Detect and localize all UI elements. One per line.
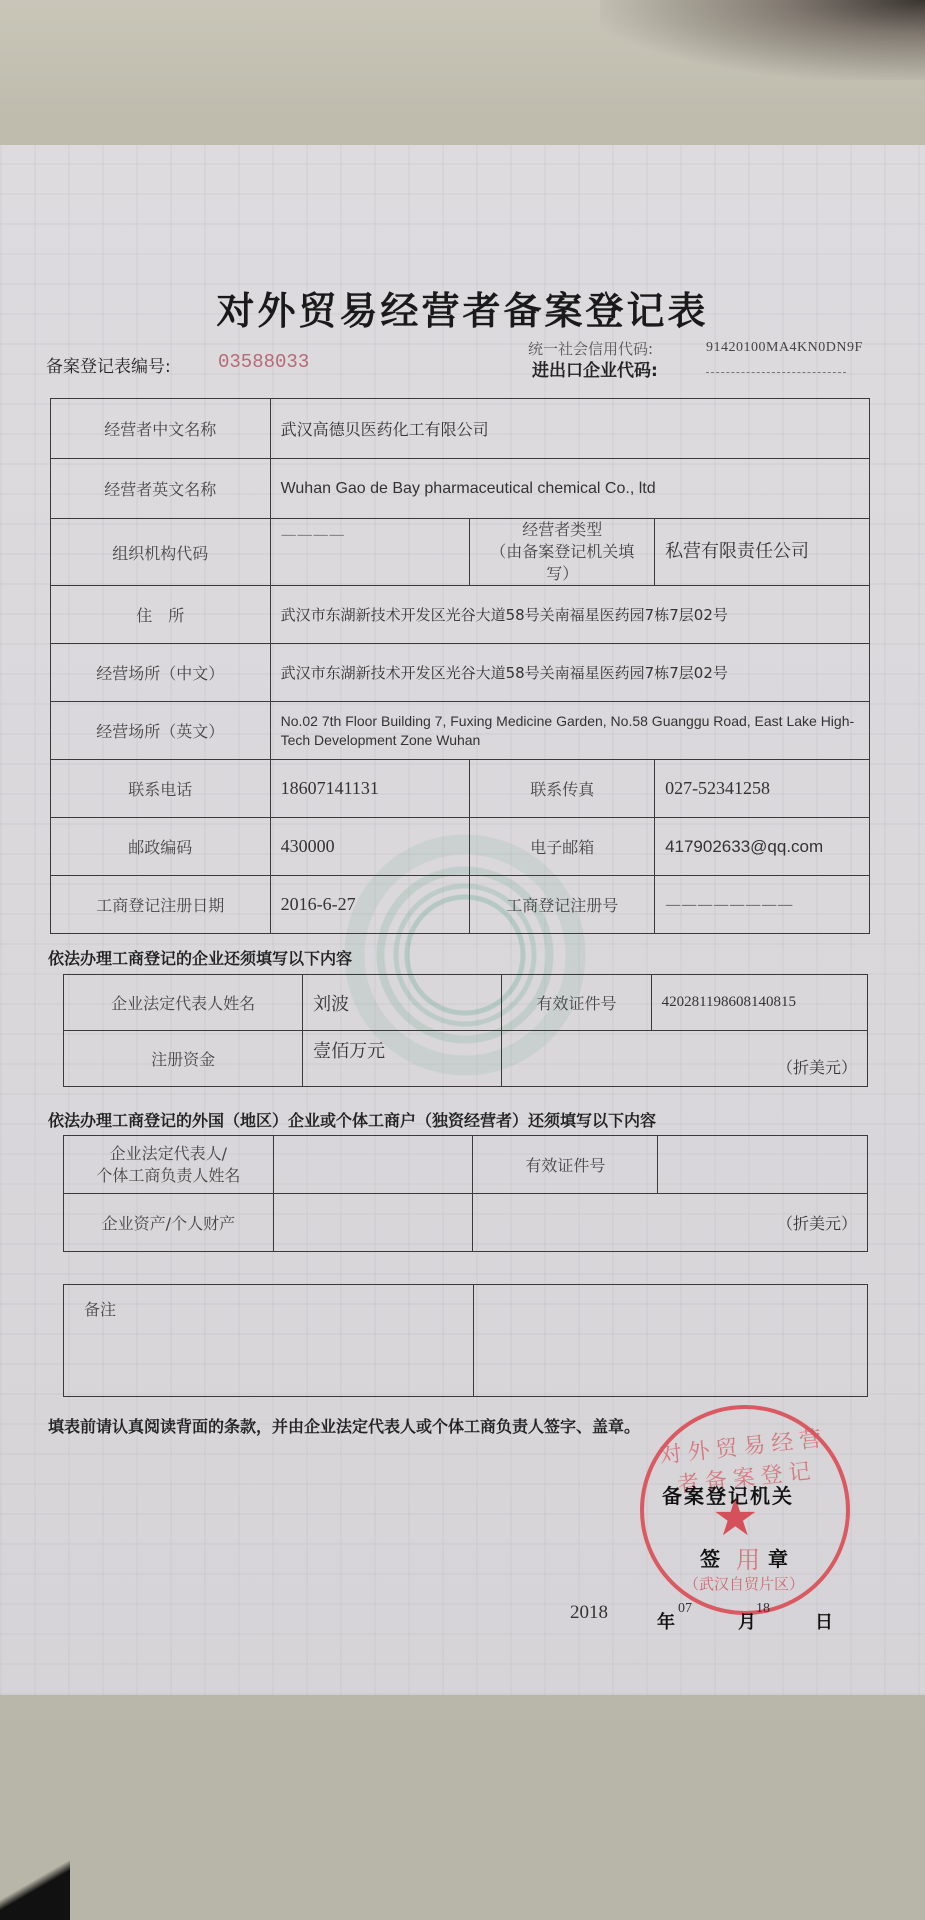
cell-label: 经营场所（英文） (51, 702, 271, 760)
table-row: 注册资金 壹佰万元 （折美元） (64, 1031, 868, 1087)
table-row: 联系电话 18607141131 联系传真 027-52341258 (51, 760, 870, 818)
business-reg-no-value: ———————— (655, 876, 870, 934)
date-year: 2018 (570, 1602, 608, 1624)
registered-capital-label: 注册资金 (64, 1031, 303, 1087)
registered-capital-value: 壹佰万元 (303, 1031, 502, 1087)
assets-value (273, 1194, 473, 1252)
operator-type-value: 私营有限责任公司 (655, 519, 870, 586)
main-info-table: 经营者中文名称 武汉高德贝医药化工有限公司 经营者英文名称 Wuhan Gao … (50, 398, 870, 934)
legal-rep-value: 刘波 (303, 975, 502, 1031)
cell-label: 工商登记注册日期 (51, 876, 271, 934)
legal-rep-label: 企业法定代表人姓名 (64, 975, 303, 1031)
sign-label-a: 签 (700, 1543, 720, 1572)
table-row: 企业法定代表人姓名 刘波 有效证件号 420281198608140815 (64, 975, 868, 1031)
foreign-rep-label-line2: 个体工商负责人姓名 (74, 1165, 263, 1187)
date-year-unit: 年 (657, 1608, 675, 1634)
foreign-usd-label: （折美元） (473, 1194, 868, 1252)
domestic-table: 企业法定代表人姓名 刘波 有效证件号 420281198608140815 注册… (63, 974, 868, 1087)
foreign-rep-value (273, 1136, 473, 1194)
table-row: 组织机构代码 ———— 经营者类型 （由备案登记机关填写） 私营有限责任公司 (51, 519, 870, 586)
cell-label: 经营者中文名称 (51, 399, 271, 459)
cell-label: 经营场所（中文） (51, 644, 271, 702)
cell-label: 住 所 (51, 586, 271, 644)
table-row: 经营者中文名称 武汉高德贝医药化工有限公司 (51, 399, 870, 459)
document-title: 对外贸易经营者备案登记表 (0, 280, 925, 335)
registration-authority-label: 备案登记机关 (662, 1480, 794, 1509)
foreign-section-heading: 依法办理工商登记的外国（地区）企业或个体工商户（独资经营者）还须填写以下内容 (48, 1108, 656, 1131)
fax-value: 027-52341258 (655, 760, 870, 818)
domicile-value: 武汉市东湖新技术开发区光谷大道58号关南福星医药园7栋7层02号 (270, 586, 869, 644)
table-row: 经营场所（中文） 武汉市东湖新技术开发区光谷大道58号关南福星医药园7栋7层02… (51, 644, 870, 702)
cell-label: 组织机构代码 (51, 519, 271, 586)
id-no-value: 420281198608140815 (651, 975, 867, 1031)
registration-no-label: 备案登记表编号: (46, 352, 171, 377)
table-row: 备注 (64, 1285, 868, 1397)
seal-used-text: 用 (736, 1540, 760, 1575)
table-row: 经营者英文名称 Wuhan Gao de Bay pharmaceutical … (51, 459, 870, 519)
remarks-table: 备注 (63, 1284, 868, 1397)
date-day: 18 (756, 1601, 770, 1617)
table-row: 经营场所（英文） No.02 7th Floor Building 7, Fux… (51, 702, 870, 760)
email-label: 电子邮箱 (470, 818, 655, 876)
credit-code-value: 91420100MA4KN0DN9F (706, 340, 863, 356)
background-shadow (600, 0, 925, 80)
date-day-unit: 日 (815, 1608, 833, 1634)
registration-no-value: 03588033 (218, 351, 309, 373)
fax-label: 联系传真 (470, 760, 655, 818)
foreign-id-value (658, 1136, 868, 1194)
foreign-id-label: 有效证件号 (473, 1136, 658, 1194)
date-month: 07 (678, 1601, 692, 1617)
company-name-cn: 武汉高德贝医药化工有限公司 (270, 399, 869, 459)
signing-notice: 填表前请认真阅读背面的条款，并由企业法定代表人或个体工商负责人签字、盖章。 (48, 1414, 640, 1437)
sign-label-b: 章 (768, 1543, 788, 1572)
import-export-code-label: 进出口企业代码: (532, 356, 658, 381)
table-row: 企业法定代表人/ 个体工商负责人姓名 有效证件号 (64, 1136, 868, 1194)
table-row: 邮政编码 430000 电子邮箱 417902633@qq.com (51, 818, 870, 876)
usd-equivalent-label: （折美元） (502, 1031, 868, 1087)
registration-date-value: 2016-6-27 (270, 876, 470, 934)
id-no-label: 有效证件号 (502, 975, 651, 1031)
import-export-code-value (706, 372, 846, 373)
seal-subtitle: （武汉自贸片区） (684, 1573, 804, 1594)
table-row: 工商登记注册日期 2016-6-27 工商登记注册号 ———————— (51, 876, 870, 934)
operator-type-label-sub: （由备案登记机关填写） (480, 541, 644, 585)
business-premises-en-value: No.02 7th Floor Building 7, Fuxing Medic… (270, 702, 869, 760)
date-month-unit: 月 (738, 1608, 756, 1634)
company-name-en: Wuhan Gao de Bay pharmaceutical chemical… (270, 459, 869, 519)
assets-label: 企业资产/个人财产 (64, 1194, 274, 1252)
postcode-value: 430000 (270, 818, 470, 876)
table-row: 住 所 武汉市东湖新技术开发区光谷大道58号关南福星医药园7栋7层02号 (51, 586, 870, 644)
operator-type-label-main: 经营者类型 (480, 519, 644, 541)
phone-value: 18607141131 (270, 760, 470, 818)
foreign-table: 企业法定代表人/ 个体工商负责人姓名 有效证件号 企业资产/个人财产 （折美元） (63, 1135, 868, 1252)
operator-type-label: 经营者类型 （由备案登记机关填写） (470, 519, 655, 586)
foreign-rep-label-line1: 企业法定代表人/ (74, 1143, 263, 1165)
org-code-value: ———— (270, 519, 470, 586)
business-premises-cn-value: 武汉市东湖新技术开发区光谷大道58号关南福星医药园7栋7层02号 (270, 644, 869, 702)
business-reg-no-label: 工商登记注册号 (470, 876, 655, 934)
cell-label: 经营者英文名称 (51, 459, 271, 519)
domestic-section-heading: 依法办理工商登记的企业还须填写以下内容 (48, 946, 352, 969)
table-row: 企业资产/个人财产 （折美元） (64, 1194, 868, 1252)
cell-label: 联系电话 (51, 760, 271, 818)
cell-label: 邮政编码 (51, 818, 271, 876)
email-value: 417902633@qq.com (655, 818, 870, 876)
background-dark-corner (0, 1850, 70, 1920)
remarks-label: 备注 (64, 1285, 474, 1397)
remarks-value (473, 1285, 868, 1397)
foreign-rep-label: 企业法定代表人/ 个体工商负责人姓名 (64, 1136, 274, 1194)
